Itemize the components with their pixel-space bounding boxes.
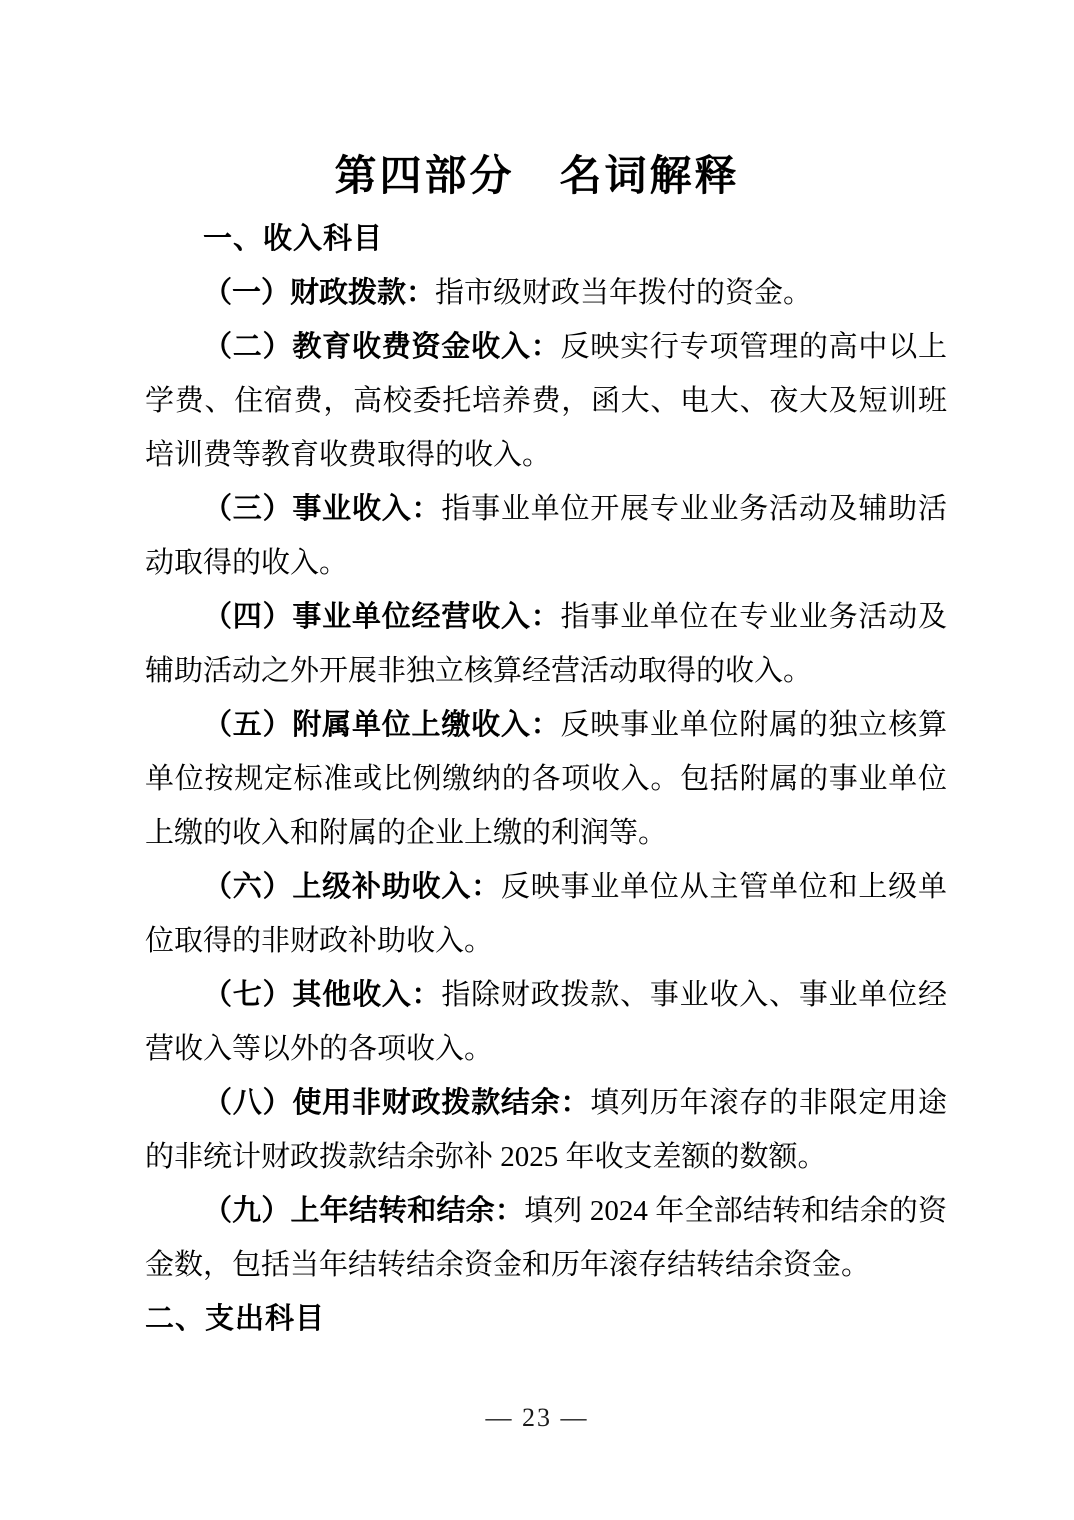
definition-term: （六）上级补助收入：: [203, 871, 501, 903]
definition-term: （二）教育收费资金收入：: [203, 331, 561, 363]
definition-paragraph: （七）其他收入：指除财政拨款、事业收入、事业单位经营收入等以外的各项收入。: [145, 968, 947, 1076]
definition-paragraph: （五）附属单位上缴收入：反映事业单位附属的独立核算单位按规定标准或比例缴纳的各项…: [145, 698, 947, 860]
definition-term: （九）上年结转和结余：: [203, 1195, 524, 1227]
definition-body: 指市级财政当年拨付的资金。: [435, 277, 812, 309]
page-title: 第四部分 名词解释: [0, 0, 1074, 202]
definition-paragraph: （八）使用非财政拨款结余：填列历年滚存的非限定用途的非统计财政拨款结余弥补 20…: [145, 1076, 947, 1184]
definition-term: （一）财政拨款：: [203, 277, 435, 309]
document-page: 第四部分 名词解释 一、收入科目 （一）财政拨款：指市级财政当年拨付的资金。 （…: [0, 0, 1074, 1520]
page-number: — 23 —: [0, 1398, 1074, 1438]
section-heading-income: 一、收入科目: [145, 212, 947, 266]
definition-term: （三）事业收入：: [203, 493, 441, 525]
definition-term: （七）其他收入：: [203, 979, 441, 1011]
definition-term: （五）附属单位上缴收入：: [203, 709, 561, 741]
definition-term: （四）事业单位经营收入：: [203, 601, 561, 633]
definition-term: （八）使用非财政拨款结余：: [203, 1087, 590, 1119]
definition-paragraph: （二）教育收费资金收入：反映实行专项管理的高中以上学费、住宿费，高校委托培养费，…: [145, 320, 947, 482]
definition-paragraph: （九）上年结转和结余：填列 2024 年全部结转和结余的资金数，包括当年结转结余…: [145, 1184, 947, 1292]
definition-paragraph: （三）事业收入：指事业单位开展专业业务活动及辅助活动取得的收入。: [145, 482, 947, 590]
definition-paragraph: （一）财政拨款：指市级财政当年拨付的资金。: [145, 266, 947, 320]
definition-paragraph: （四）事业单位经营收入：指事业单位在专业业务活动及辅助活动之外开展非独立核算经营…: [145, 590, 947, 698]
section-heading-expenditure: 二、支出科目: [145, 1292, 947, 1346]
document-body: 一、收入科目 （一）财政拨款：指市级财政当年拨付的资金。 （二）教育收费资金收入…: [145, 212, 947, 1346]
definition-paragraph: （六）上级补助收入：反映事业单位从主管单位和上级单位取得的非财政补助收入。: [145, 860, 947, 968]
